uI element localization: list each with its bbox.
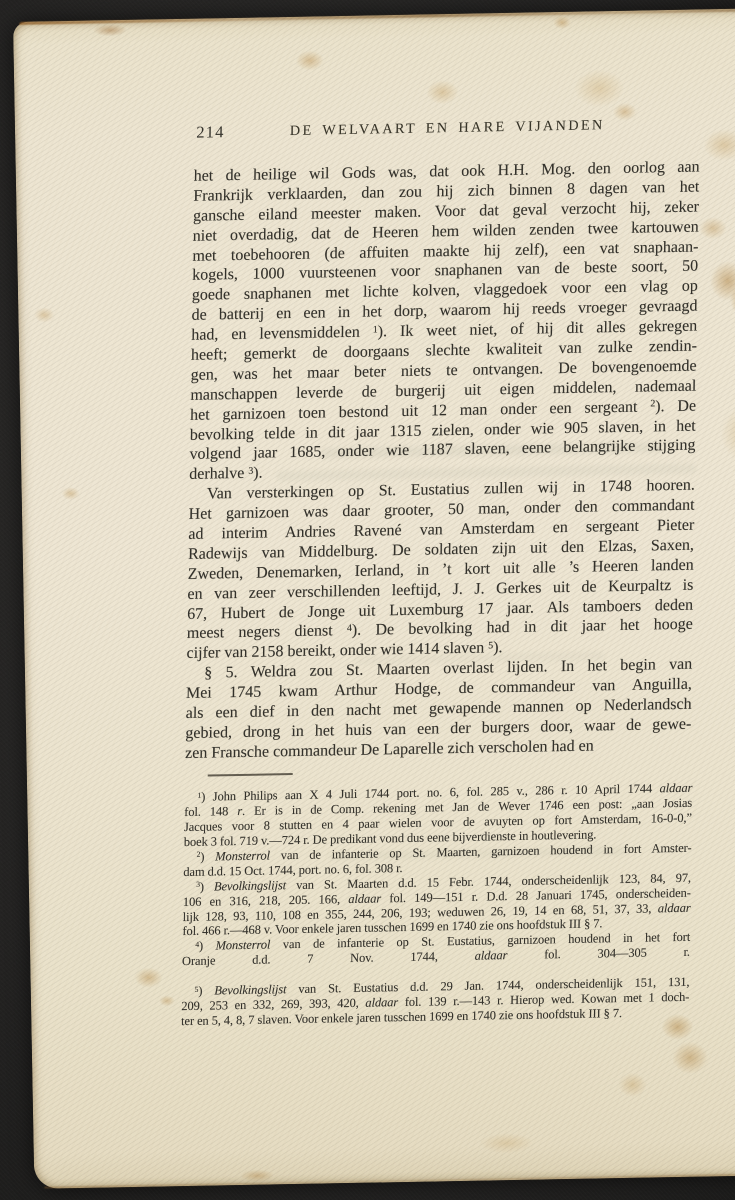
body-text: het de heilige wil Gods was, dat ook H.H… [185,157,700,763]
page-header: 214 DE WELVAART EN HARE VIJANDEN [194,113,700,142]
running-title: DE WELVAART EN HARE VIJANDEN [194,115,700,141]
photo-backdrop: { "page_header": { "page_number": "214",… [0,0,735,1200]
footnotes: 1) John Philips aan X 4 Juli 1744 port. … [181,781,692,1029]
page-content: 214 DE WELVAART EN HARE VIJANDEN het de … [0,8,735,1189]
book-page: 214 DE WELVAART EN HARE VIJANDEN het de … [13,8,735,1189]
footnote-separator-rule [208,773,293,776]
